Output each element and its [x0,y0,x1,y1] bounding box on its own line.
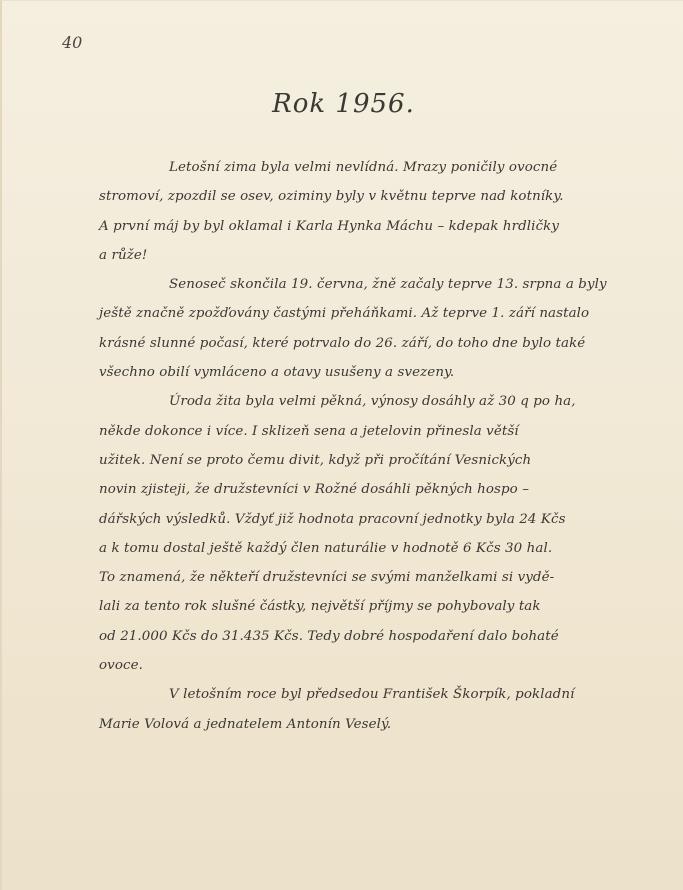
text-line: a růže! [99,241,659,270]
chronicle-text: Letošní zima byla velmi nevlídná. Mrazy … [99,153,659,739]
text-line: užitek. Není se proto čemu divit, když p… [99,446,659,475]
text-line: a k tomu dostal ještě každý člen naturál… [99,534,659,563]
text-line: všechno obilí vymláceno a otavy usušeny … [99,358,659,387]
text-line: Marie Volová a jednatelem Antonín Veselý… [99,710,659,739]
text-line: dářských výsledků. Vždyť již hodnota pra… [99,505,659,534]
page-title: Rok 1956. [2,89,683,119]
text-line: od 21.000 Kčs do 31.435 Kčs. Tedy dobré … [99,622,659,651]
text-line: stromoví, zpozdil se osev, oziminy byly … [99,182,659,211]
text-line: Letošní zima byla velmi nevlídná. Mrazy … [99,153,659,182]
manuscript-page: 40 Rok 1956. Letošní zima byla velmi nev… [0,0,683,890]
text-line: ještě značně zpožďovány častými přeháňka… [99,299,659,328]
page-number: 40 [62,33,82,52]
text-line: Senoseč skončila 19. června, žně začaly … [99,270,659,299]
text-line: někde dokonce i více. I sklizeň sena a j… [99,417,659,446]
text-line: lali za tento rok slušné částky, největš… [99,592,659,621]
text-line: A první máj by byl oklamal i Karla Hynka… [99,212,659,241]
text-line: To znamená, že někteří družstevníci se s… [99,563,659,592]
text-line: Úroda žita byla velmi pěkná, výnosy dosá… [99,387,659,416]
text-line: V letošním roce byl předsedou František … [99,680,659,709]
text-line: ovoce. [99,651,659,680]
text-line: krásné slunné počasí, které potrvalo do … [99,329,659,358]
text-line: novin zjisteji, že družstevníci v Rožné … [99,475,659,504]
